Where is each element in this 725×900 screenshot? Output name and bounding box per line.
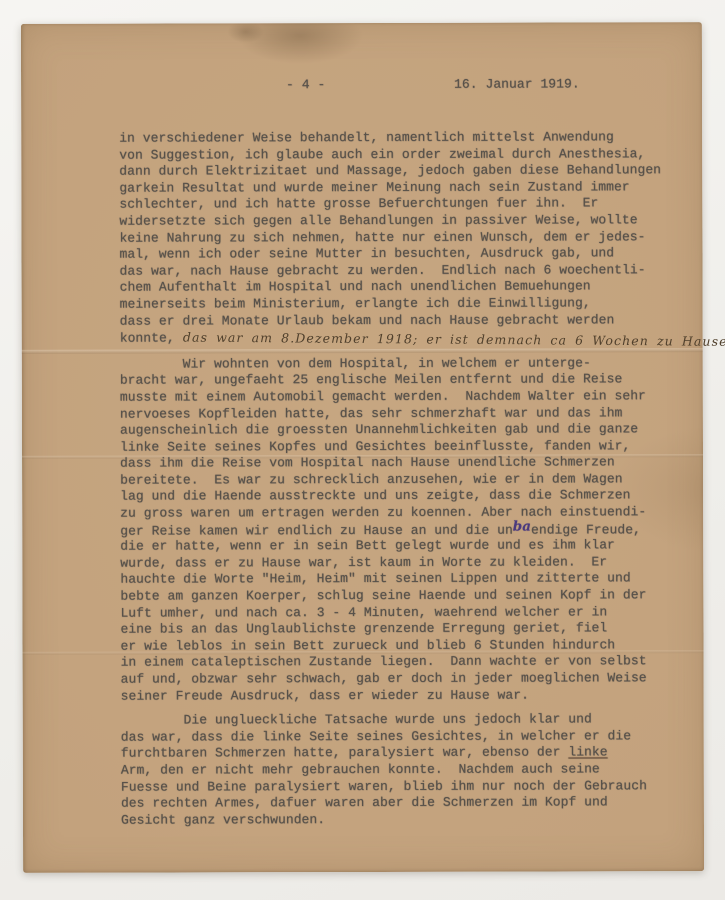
typed-line: lag und die Haende ausstreckte und uns z… [120,488,680,506]
typed-line: mal, wenn ich oder seine Mutter in besuc… [119,245,679,263]
typed-line: Wir wohnten von dem Hospital, in welchem… [120,355,680,373]
typed-line: dass er drei Monate Urlaub bekam und nac… [120,312,680,330]
typed-line: nervoeses Kopfleiden hatte, das sehr sch… [120,405,680,423]
page-number: - 4 - [286,77,325,94]
paragraph-1: in verschiedener Weise behandelt, nament… [119,129,680,346]
typed-line: bereitete. Es war zu schrecklich anzuseh… [120,471,680,489]
document-header: - 4 - 16. Januar 1919. [119,76,679,94]
typed-line: dann durch Elektrizitaet und Massage, je… [119,162,679,180]
typed-line: meinerseits beim Ministerium, erlangte i… [120,295,680,313]
document-date: 16. Januar 1919. [454,76,580,93]
typed-line: dass ihm die Reise vom Hospital nach Hau… [120,454,680,472]
paper-sheet: - 4 - 16. Januar 1919. in verschiedener … [21,22,704,873]
typed-line: in verschiedener Weise behandelt, nament… [119,129,679,147]
typed-line: widersetzte sich gegen alle Behandlungen… [119,212,679,230]
typed-line: hauchte die Worte "Heim, Heim" mit seine… [120,571,680,589]
paragraph-2: Wir wohnten von dem Hospital, in welchem… [120,355,681,705]
typed-line: garkein Resultat und wurde meiner Meinun… [119,179,679,197]
typed-line: die er hatte, wenn er in sein Bett geleg… [120,537,680,555]
typed-line: Gesicht ganz verschwunden. [121,811,681,829]
typed-line-with-insertion: ger Reise kamen wir endlich zu Hause an … [120,521,680,539]
typed-line: Fuesse und Beine paralysiert waren, blie… [121,778,681,796]
typed-text: furchtbaren Schmerzen hatte, paralysiert… [121,745,569,761]
typed-line: wurde, dass er zu Hause war, ist kaum in… [120,554,680,572]
typed-line-with-annotation: konnte, das war am 8.Dezember 1918; er i… [120,328,680,346]
typed-line: das war, nach Hause gebracht zu werden. … [120,262,680,280]
scanned-document: - 4 - 16. Januar 1919. in verschiedener … [0,0,725,900]
typed-line: schlechter, und ich hatte grosse Befuerc… [119,196,679,214]
typed-line: Die unglueckliche Tatsache wurde uns jed… [121,711,681,729]
typed-line-with-underline: furchtbaren Schmerzen hatte, paralysiert… [121,745,681,763]
typed-line: augenscheinlich die groessten Unannehmli… [120,421,680,439]
typed-line: auf und, obzwar sehr schwach, gab er doc… [121,670,681,688]
paragraph-3: Die unglueckliche Tatsache wurde uns jed… [121,711,681,829]
typed-line: des rechten Armes, dafuer waren aber die… [121,794,681,812]
underlined-word: linke [568,745,607,760]
typed-line: linke Seite seines Kopfes und Gesichtes … [120,438,680,456]
typed-line: Arm, den er nicht mehr gebrauchen konnte… [121,761,681,779]
typed-line: seiner Freude Ausdruck, dass er wieder z… [121,687,681,705]
typed-line: zu gross waren um ertragen werden zu koe… [120,504,680,522]
typed-line: musste mit einem Automobil gemacht werde… [120,388,680,406]
typed-line: bebte am ganzen Koerper, schlug seine Ha… [120,587,680,605]
typed-word: konnte, [120,331,175,346]
typed-line: eine bis an das Unglaublichste grenzende… [120,620,680,638]
typed-line: bracht war, ungefaeht 25 englische Meile… [120,371,680,389]
typed-line: das war, dass die linke Seite seines Ges… [121,728,681,746]
typed-text: ger Reise kamen wir endlich zu Hause an … [120,522,513,538]
typed-text: endige Freude, [531,522,641,537]
typed-line: Luft umher, und nach ca. 3 - 4 Minuten, … [120,604,680,622]
typed-line: von Suggestion, ich glaube auch ein orde… [119,146,679,164]
typed-line: keine Nahrung zu sich nehmen, hatte nur … [119,229,679,247]
handwritten-annotation: das war am 8.Dezember 1918; er ist demna… [175,330,725,351]
handwritten-insertion: ba [513,518,531,534]
typed-line: in einem cataleptischen Zustande liegen.… [121,654,681,672]
typed-line: er wie leblos in sein Bett zurueck und b… [120,637,680,655]
typewritten-content: - 4 - 16. Januar 1919. in verschiedener … [119,76,681,829]
typed-line: chem Aufenthalt im Hospital und nach une… [120,279,680,297]
